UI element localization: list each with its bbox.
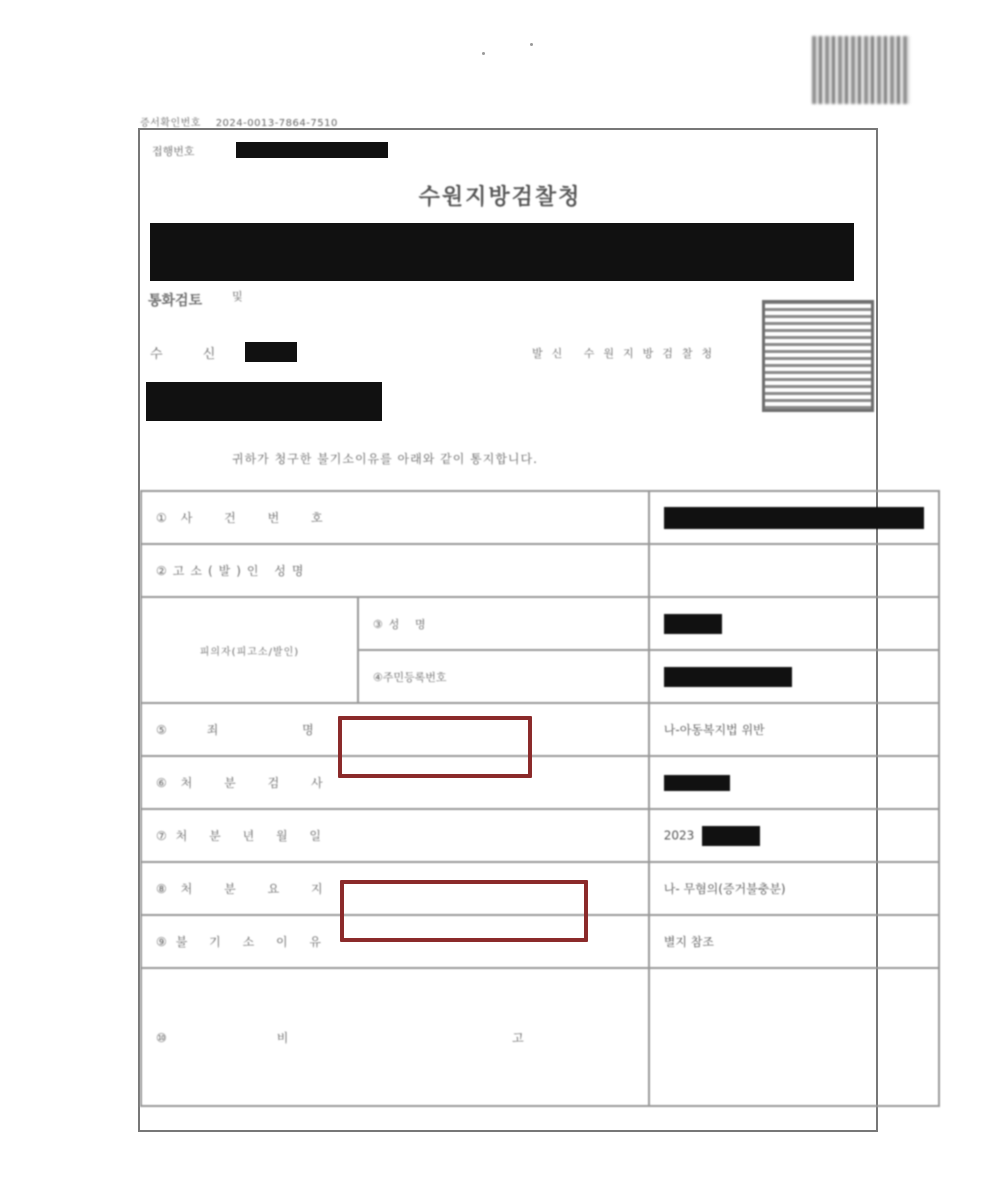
document-number-label: 접행번호 xyxy=(152,143,195,159)
table-row: ⑦처 분 년 월 일 2023 xyxy=(141,809,939,862)
complainant-value xyxy=(649,544,939,597)
scan-speck xyxy=(482,52,485,55)
official-seal-icon xyxy=(762,300,874,412)
suspect-name-value xyxy=(649,597,939,650)
certificate-number-line: 증서확인번호 2024-0013-7864-7510 xyxy=(140,114,338,129)
address-suffix: 및 xyxy=(232,288,243,304)
disposition-date-value: 2023 xyxy=(649,809,939,862)
barcode-stamp xyxy=(812,36,910,104)
suspect-group-label: 피의자(피고소/발인) xyxy=(141,597,358,703)
redacted-suspect-name xyxy=(664,614,722,634)
table-row: ①사 건 번 호 xyxy=(141,491,939,544)
table-row: 피의자(피고소/발인) ③성 명 xyxy=(141,597,939,650)
redacted-prosecutor xyxy=(664,775,730,791)
suspect-id-value xyxy=(649,650,939,703)
complainant-label: ②고소(발)인 성명 xyxy=(141,544,649,597)
disposition-summary-value: 나- 무혐의(증거불충분) xyxy=(649,862,939,915)
disposition-date-label: ⑦처 분 년 월 일 xyxy=(141,809,649,862)
suspect-id-label: ④주민등록번호 xyxy=(358,650,649,703)
table-row: ②고소(발)인 성명 xyxy=(141,544,939,597)
case-number-value xyxy=(649,491,939,544)
table-row: ⑤죄 명 나-아동복지법 위반 xyxy=(141,703,939,756)
remarks-label: ⑩비 고 xyxy=(141,968,649,1106)
charge-highlight-box xyxy=(338,716,532,778)
table-row: ⑩비 고 xyxy=(141,968,939,1106)
redacted-disposition-date xyxy=(702,826,760,846)
case-number-label: ①사 건 번 호 xyxy=(141,491,649,544)
redacted-case-number xyxy=(664,507,924,529)
non-prosecution-reason-value: 별지 참조 xyxy=(649,915,939,968)
redacted-recipient-address xyxy=(146,382,382,421)
remarks-value xyxy=(649,968,939,1106)
notice-form-table: ①사 건 번 호 ②고소(발)인 성명 피의자(피고소/발인) ③성 명 ④주민… xyxy=(140,490,940,1107)
redacted-suspect-id xyxy=(664,667,792,687)
notice-text: 귀하가 청구한 불기소이유를 아래와 같이 통지합니다. xyxy=(232,450,538,467)
sender-label: 발신 수원지방검찰청 xyxy=(532,345,721,361)
table-row: ⑥처 분 검 사 xyxy=(141,756,939,809)
redacted-address-block xyxy=(150,223,854,281)
suspect-name-label: ③성 명 xyxy=(358,597,649,650)
charge-value: 나-아동복지법 위반 xyxy=(649,703,939,756)
recipient-label: 수 신 xyxy=(150,343,233,362)
agency-title: 수원지방검찰청 xyxy=(0,180,1000,211)
prosecutor-value xyxy=(649,756,939,809)
scan-speck xyxy=(530,43,533,46)
redacted-recipient xyxy=(245,342,297,362)
redacted-document-number xyxy=(236,142,388,158)
disposition-year: 2023 xyxy=(664,828,695,842)
address-label: 통화검토 xyxy=(148,290,202,310)
disposition-highlight-box xyxy=(340,880,588,942)
